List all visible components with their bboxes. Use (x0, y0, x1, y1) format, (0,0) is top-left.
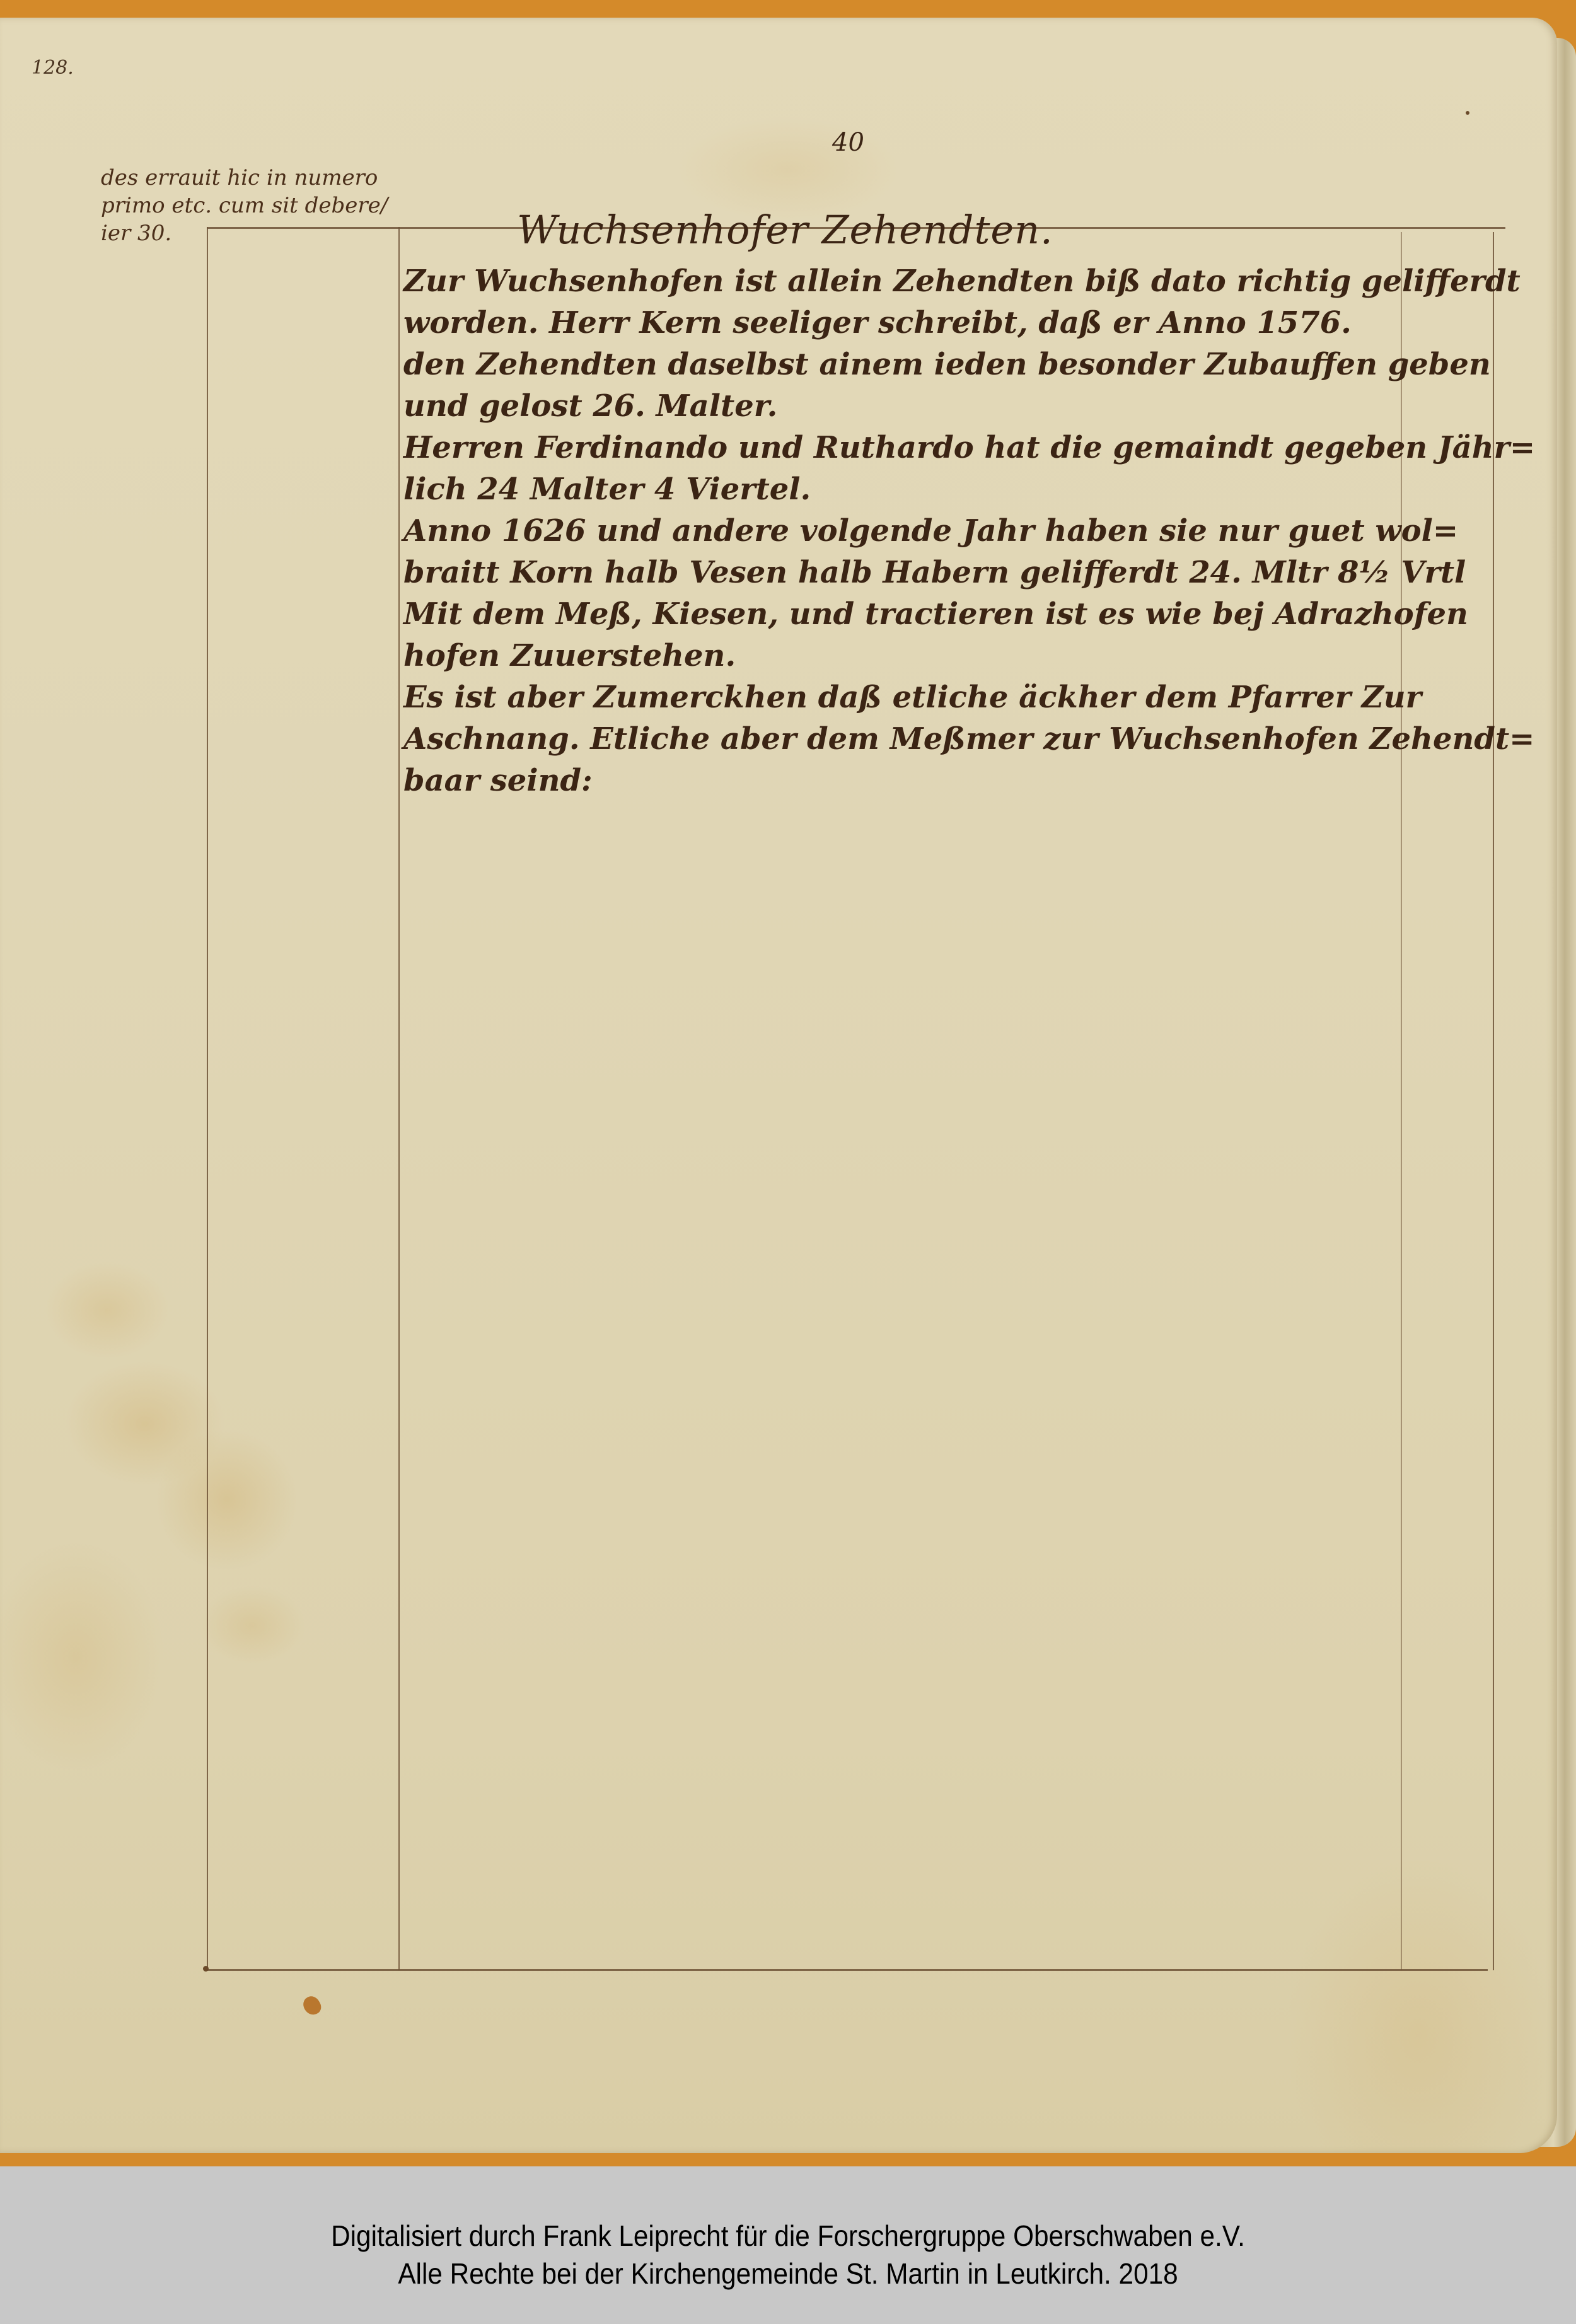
frame-bottom-rule (205, 1969, 1488, 1971)
text-line: Aschnang. Etliche aber dem Meßmer zur Wu… (403, 718, 1488, 760)
margin-note-line: ier 30. (101, 219, 388, 247)
manuscript-page: 128. 40 des errauit hic in numero primo … (0, 18, 1557, 2153)
caption-line-rights: Alle Rechte bei der Kirchengemeinde St. … (63, 2255, 1513, 2292)
ink-stain (300, 1994, 324, 2018)
frame-right-outer-rule (1493, 232, 1494, 1970)
text-line: Anno 1626 und andere volgende Jahr haben… (403, 510, 1488, 552)
text-line: worden. Herr Kern seeliger schreibt, daß… (403, 302, 1488, 344)
page-number: 128. (32, 57, 74, 79)
text-line: Es ist aber Zumerckhen daß etliche äckhe… (403, 677, 1488, 718)
margin-note-line: primo etc. cum sit debere/ (101, 192, 388, 219)
caption-line-credit: Digitalisiert durch Frank Leiprecht für … (63, 2217, 1513, 2255)
text-line: und gelost 26. Malter. (403, 385, 1488, 427)
text-line: braitt Korn halb Vesen halb Habern gelif… (403, 552, 1488, 593)
text-line: den Zehendten daselbst ainem ieden beson… (403, 344, 1488, 385)
folio-number: 40 (832, 128, 864, 157)
margin-note-line: des errauit hic in numero (101, 164, 388, 192)
ink-dot (1466, 111, 1469, 115)
ink-dot (203, 1966, 209, 1972)
text-line: Zur Wuchsenhofen ist allein Zehendten bi… (403, 260, 1488, 302)
section-title: Wuchsenhofer Zehendten. (517, 207, 1053, 253)
digitization-caption: Digitalisiert durch Frank Leiprecht für … (0, 2166, 1576, 2324)
text-line: Mit dem Meß, Kiesen, und tractieren ist … (403, 593, 1488, 635)
frame-left-inner-rule (398, 227, 400, 1970)
text-line: lich 24 Malter 4 Viertel. (403, 468, 1488, 510)
margin-note: des errauit hic in numero primo etc. cum… (101, 164, 388, 247)
text-line: hofen Zuuerstehen. (403, 635, 1488, 677)
frame-left-outer-rule (207, 227, 208, 1970)
body-text: Zur Wuchsenhofen ist allein Zehendten bi… (403, 260, 1488, 801)
text-line: Herren Ferdinando und Ruthardo hat die g… (403, 427, 1488, 468)
text-line: baar seind: (403, 760, 1488, 801)
